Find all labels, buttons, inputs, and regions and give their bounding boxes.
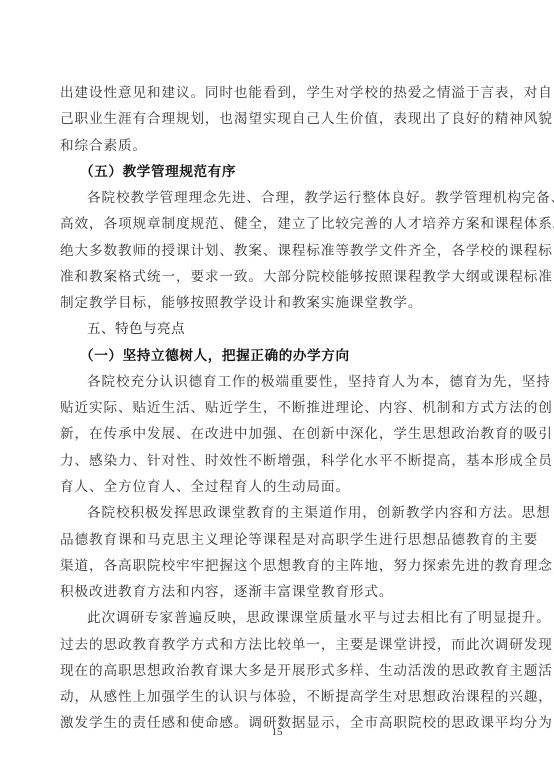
text-line: 品德教育课和马克思主义理论等课程是对高职学生进行思想品德教育的主要 [60,527,496,553]
text-line: 过去的思政教育教学方式和方法比较单一，主要是课堂讲授，而此次调研发现， [60,632,496,658]
text-line: 出建设性意见和建议。同时也能看到，学生对学校的热爱之情溢于言表，对自 [60,80,496,106]
paragraph: 各院校充分认识德育工作的极端重要性，坚持育人为本，德育为先，坚持 贴近实际、贴近… [60,369,496,500]
text-line: 贴近实际、贴近生活、贴近学生，不断推进理论、内容、机制和方式方法的创 [60,395,496,421]
paragraph: 各院校教学管理理念先进、合理，教学运行整体良好。教学管理机构完备、 高效，各项规… [60,185,496,316]
paragraph: 各院校积极发挥思政课堂教育的主渠道作用，创新教学内容和方法。思想 品德教育课和马… [60,500,496,605]
text-line: 和综合素质。 [60,133,496,159]
text-line: 力、感染力、针对性、时效性不断增强，科学化水平不断提高，基本形成全员 [60,448,496,474]
paragraph-continued: 出建设性意见和建议。同时也能看到，学生对学校的热爱之情溢于言表，对自 己职业生涯… [60,80,496,159]
chapter-heading-features: 五、特色与亮点 [60,316,496,342]
page-number: 15 [0,726,554,738]
text-line: 积极改进教育方法和内容，逐渐丰富课堂教育形式。 [60,579,496,605]
page-body: 出建设性意见和建议。同时也能看到，学生对学校的热爱之情溢于言表，对自 己职业生涯… [60,80,496,737]
document-page: 出建设性意见和建议。同时也能看到，学生对学校的热爱之情溢于言表，对自 己职业生涯… [0,0,554,784]
text-line: 准和教案格式统一，要求一致。大部分院校能够按照课程教学大纲或课程标准 [60,264,496,290]
text-line: 己职业生涯有合理规划，也渴望实现自己人生价值，表现出了良好的精神风貌 [60,106,496,132]
text-line: 动，从感性上加强学生的认识与体验，不断提高学生对思想政治课程的兴趣， [60,684,496,710]
paragraph: 此次调研专家普遍反映，思政课课堂质量水平与过去相比有了明显提升。 过去的思政教育… [60,605,496,736]
text-line: 制定教学目标，能够按照教学设计和教案实施课堂教学。 [60,290,496,316]
text-line: 渠道，各高职院校牢牢把握这个思想教育的主阵地，努力探索先进的教育理念， [60,553,496,579]
text-line: 各院校教学管理理念先进、合理，教学运行整体良好。教学管理机构完备、 [60,185,496,211]
text-line: 育人、全方位育人、全过程育人的生动局面。 [60,474,496,500]
text-line: 现在的高职思想政治教育课大多是开展形式多样、生动活泼的思政教育主题活 [60,658,496,684]
text-line: 各院校积极发挥思政课堂教育的主渠道作用，创新教学内容和方法。思想 [60,500,496,526]
section-heading-moral-education: （一）坚持立德树人，把握正确的办学方向 [60,343,496,369]
section-heading-teaching-management: （五）教学管理规范有序 [60,159,496,185]
text-line: 此次调研专家普遍反映，思政课课堂质量水平与过去相比有了明显提升。 [60,605,496,631]
text-line: 绝大多数教师的授课计划、教案、课程标准等教学文件齐全，各学校的课程标 [60,238,496,264]
text-line: 高效，各项规章制度规范、健全，建立了比较完善的人才培养方案和课程体系。 [60,211,496,237]
text-line: 各院校充分认识德育工作的极端重要性，坚持育人为本，德育为先，坚持 [60,369,496,395]
text-line: 新，在传承中发展、在改进中加强、在创新中深化，学生思想政治教育的吸引 [60,421,496,447]
